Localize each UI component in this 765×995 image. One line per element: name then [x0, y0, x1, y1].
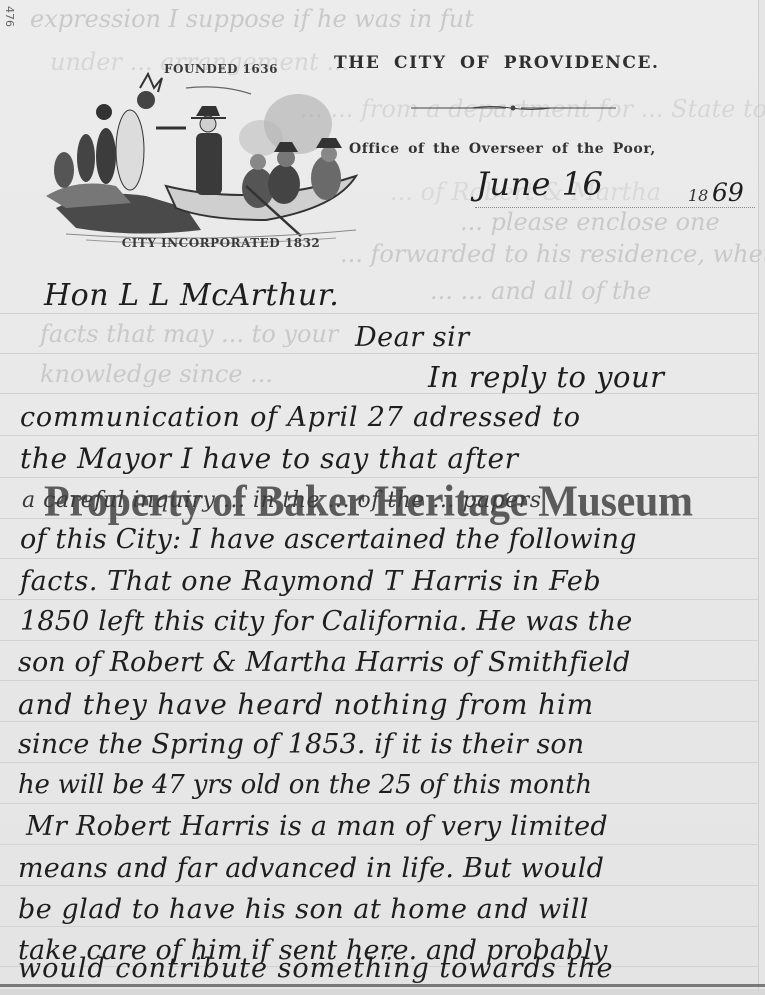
ruled-line: [0, 885, 758, 886]
letter-line: the Mayor I have to say that after: [20, 442, 519, 475]
letter-line: means and far advanced in life. But woul…: [18, 853, 604, 884]
bleed-through-text: facts that may ... to your: [40, 320, 338, 348]
page-underlay: [0, 989, 765, 995]
archive-number: 476: [3, 6, 16, 27]
letter-line: 1850 left this city for California. He w…: [20, 606, 632, 637]
divider-flourish-icon: [411, 104, 616, 112]
letter-page: expression I suppose if he was in fut un…: [0, 0, 759, 990]
letter-line: facts. That one Raymond T Harris in Feb: [20, 566, 601, 597]
greeting-line: Dear sir: [355, 322, 470, 353]
ruled-line: [0, 680, 758, 681]
watermark-text: Property of Baker Heritage Museum: [44, 477, 693, 527]
year-handwritten: 69: [712, 178, 744, 207]
letter-line: son of Robert & Martha Harris of Smithfi…: [18, 647, 630, 678]
ruled-line: [0, 844, 758, 845]
ruled-line: [0, 926, 758, 927]
ruled-line: [0, 599, 758, 600]
page-bottom-edge: [0, 984, 765, 987]
letter-line: be glad to have his son at home and will: [18, 894, 589, 925]
bleed-through-text: ... please enclose one: [460, 208, 720, 236]
letter-line: since the Spring of 1853. if it is their…: [18, 729, 584, 760]
letterhead-vignette: FOUNDED 1636: [36, 58, 362, 258]
ruled-line: [0, 803, 758, 804]
date-handwritten: June 16: [476, 165, 603, 203]
ruled-line: [0, 558, 758, 559]
incorporated-text: CITY INCORPORATED 1832: [86, 236, 356, 250]
letter-line: and they have heard nothing from him: [18, 688, 594, 721]
bleed-through-text: expression I suppose if he was in fut: [30, 5, 474, 33]
bleed-through-text: ... forwarded to his residence, whether: [340, 240, 765, 268]
bleed-through-text: knowledge since ...: [40, 360, 273, 388]
founding-scene-engraving-icon: [36, 58, 362, 258]
letter-line: Mr Robert Harris is a man of very limite…: [26, 811, 608, 842]
letter-line: he will be 47 yrs old on the 25 of this …: [18, 770, 592, 800]
office-subtitle: Office of the Overseer of the Poor,: [349, 141, 656, 157]
letter-line: would contribute something towards the: [18, 953, 613, 984]
letter-line: communication of April 27 adressed to: [20, 402, 581, 433]
ruled-line: [0, 640, 758, 641]
year-printed: 18: [688, 186, 708, 205]
ruled-line: [0, 353, 758, 354]
addressee-line: Hon L L McArthur.: [44, 278, 339, 313]
letter-line: of this City: I have ascertained the fol…: [20, 524, 637, 555]
date-dotted-line: [475, 207, 755, 209]
letterhead-title: THE CITY OF PROVIDENCE.: [334, 53, 704, 73]
ruled-line: [0, 721, 758, 722]
ruled-line: [0, 313, 758, 314]
letter-line: In reply to your: [428, 360, 665, 394]
ruled-line: [0, 762, 758, 763]
ruled-line: [0, 435, 758, 436]
bleed-through-text: ... ... and all of the: [430, 277, 651, 305]
